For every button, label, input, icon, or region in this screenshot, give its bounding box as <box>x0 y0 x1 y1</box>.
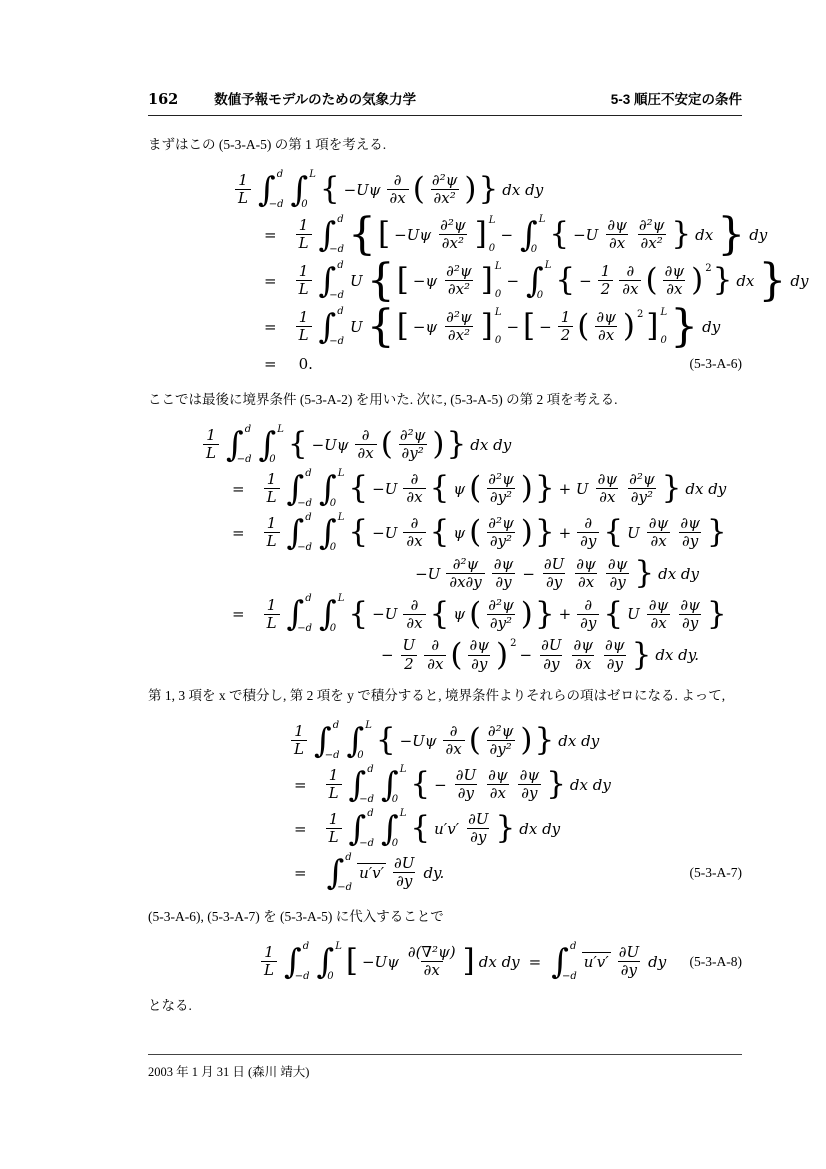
delimiter: } <box>634 558 654 589</box>
math-text: −Uψ <box>312 436 349 454</box>
fraction: ∂∂x <box>443 723 465 759</box>
delimiter: { <box>410 813 430 844</box>
delimiter: } <box>546 769 566 800</box>
delimiter: ) <box>521 517 533 548</box>
fraction: ∂∂x <box>355 427 377 463</box>
integral-limits: d−d <box>366 808 374 850</box>
integral-limits: L0 <box>276 424 284 466</box>
integral-limits: d−d <box>332 720 340 762</box>
delimiter: [ <box>397 265 409 296</box>
math-text: ψ <box>453 605 465 623</box>
fraction: ∂ψ∂y <box>491 556 517 592</box>
delimiter: ) <box>623 311 635 342</box>
denominator: ∂x <box>443 740 465 758</box>
numerator: ∂ψ <box>605 556 631 573</box>
integral: ∫d−d <box>319 306 345 348</box>
delimiter: { <box>348 213 376 257</box>
denominator: ∂x <box>387 189 409 207</box>
integral-limits: d−d <box>304 593 312 635</box>
delimiter: } <box>671 219 691 250</box>
fraction: ∂²ψ∂y² <box>485 515 517 551</box>
integral-limits: L0 <box>337 512 345 554</box>
upper-limit: d <box>337 307 344 317</box>
numerator: ∂U <box>391 855 417 872</box>
fraction: 1L <box>296 309 312 345</box>
delimiter: ) <box>464 174 476 205</box>
math-text: − <box>579 272 592 290</box>
math-text: − <box>539 318 552 336</box>
delimiter: ) <box>520 725 532 756</box>
denominator: ∂y² <box>399 444 427 462</box>
fraction: ∂²ψ∂x² <box>443 263 475 299</box>
delimiter: ( <box>413 174 425 205</box>
denominator: ∂x <box>424 655 446 673</box>
math-text: = <box>529 953 542 971</box>
paragraph-5: となる. <box>148 996 742 1017</box>
numerator: ∂²ψ <box>437 217 469 234</box>
lower-limit: −d <box>297 499 312 509</box>
delimiter: } <box>535 599 555 630</box>
integral-limits: L0 <box>337 468 345 510</box>
numerator: 1 <box>291 723 307 740</box>
numerator: 1 <box>261 944 277 961</box>
integral: ∫d−d <box>551 941 577 983</box>
fraction: ∂²ψ∂x∂y <box>446 556 484 592</box>
numerator: ∂ψ <box>491 556 517 573</box>
integral: ∫d−d <box>327 852 353 894</box>
fraction: ∂²ψ∂y² <box>397 427 429 463</box>
numerator: ∂²ψ <box>397 427 429 444</box>
denominator: L <box>235 189 251 207</box>
numerator: ∂ <box>408 515 422 532</box>
math-text: −Uψ <box>344 181 381 199</box>
lower-limit: −d <box>297 624 312 634</box>
denominator: L <box>291 740 307 758</box>
integral-limits: d−d <box>276 169 284 211</box>
math-text: − <box>381 646 394 664</box>
denominator: ∂x² <box>439 234 467 252</box>
equation-row: 1L∫d−d∫L0{−Uψ∂∂x(∂²ψ∂x²)}dx dy <box>232 169 742 211</box>
integral: ∫L0 <box>526 260 551 302</box>
integral: ∫d−d <box>287 512 313 554</box>
integral-limits: d−d <box>344 852 352 894</box>
integral-limits: d−d <box>302 941 310 983</box>
denominator: ∂x <box>647 614 669 632</box>
lower-limit: 0 <box>495 336 502 346</box>
numerator: ∂ψ <box>573 556 599 573</box>
fraction: ∂²ψ∂x² <box>636 217 668 253</box>
denominator: ∂x² <box>638 234 666 252</box>
delimiter: ( <box>469 725 481 756</box>
upper-limit: d <box>305 469 312 479</box>
fraction: 1L <box>203 427 219 463</box>
math-text: ψ <box>453 480 465 498</box>
equation-block-3: 1L∫d−d∫L0{−Uψ∂∂x(∂²ψ∂y²)}dx dy=1L∫d−d∫L0… <box>148 720 742 894</box>
math-text: −Uψ <box>394 226 431 244</box>
upper-limit: L <box>400 809 407 819</box>
lower-limit: 0 <box>392 839 407 849</box>
delimiter: ) <box>521 599 533 630</box>
equation-row: =1L∫d−d∫L0{−U∂∂x{ψ(∂²ψ∂y²)}+∂∂y{U∂ψ∂x∂ψ∂… <box>232 593 742 635</box>
fraction: ∂U∂y <box>453 767 479 803</box>
equals-sign: = <box>232 524 245 542</box>
denominator: L <box>296 280 312 298</box>
paragraph-1: まずはこの (5-3-A-5) の第 1 項を考える. <box>148 135 742 156</box>
integral: ∫L0 <box>319 468 344 510</box>
math-text: −U <box>372 480 397 498</box>
numerator: 1 <box>558 309 574 326</box>
fraction: ∂²ψ∂y² <box>485 471 517 507</box>
numerator: ∂U <box>465 811 491 828</box>
numerator: 1 <box>326 811 342 828</box>
denominator: 2 <box>401 655 417 673</box>
math-text: −U <box>415 565 440 583</box>
delimiter: [ <box>346 946 358 977</box>
upper-limit: L <box>495 308 502 318</box>
equation-block-1: 1L∫d−d∫L0{−Uψ∂∂x(∂²ψ∂x²)}dx dy=1L∫d−d{[−… <box>148 169 742 377</box>
denominator: ∂y² <box>487 488 515 506</box>
math-text: U <box>350 318 363 336</box>
denominator: ∂x <box>572 655 594 673</box>
denominator: ∂x <box>595 326 617 344</box>
integral-limits: L0 <box>364 720 372 762</box>
fraction: ∂ψ∂x <box>593 309 619 345</box>
denominator: ∂x <box>403 614 425 632</box>
lower-limit: −d <box>297 543 312 553</box>
integral: ∫L0 <box>316 941 341 983</box>
document-page: 162 数値予報モデルのための気象力学 5-3 順圧不安定の条件 まずはこの (… <box>0 0 826 1169</box>
numerator: 1 <box>264 471 280 488</box>
fraction: ∂ψ∂x <box>485 767 511 803</box>
equation-row: −U∂²ψ∂x∂y∂ψ∂y−∂U∂y∂ψ∂x∂ψ∂y}dx dy <box>148 556 702 592</box>
evaluation-bracket: ]L0 <box>480 307 502 347</box>
numerator: ∂ψ <box>595 471 621 488</box>
math-text: − <box>506 318 519 336</box>
fraction: ∂ψ∂y <box>467 637 493 673</box>
fraction: 1L <box>235 172 251 208</box>
upper-limit: L <box>539 215 546 225</box>
fraction: ∂∂x <box>619 263 641 299</box>
equation-row: =1L∫d−d∫L0{u′v′∂U∂y}dx dy <box>294 808 742 850</box>
delimiter: ] <box>481 265 493 296</box>
numerator: ∂²ψ <box>429 172 461 189</box>
integral: ∫L0 <box>381 764 406 806</box>
evaluation-bracket: ]L0 <box>474 215 496 255</box>
paragraph-4: (5-3-A-6), (5-3-A-7) を (5-3-A-5) に代入すること… <box>148 907 742 928</box>
integral-limits: d−d <box>336 306 344 348</box>
delimiter: } <box>707 517 727 548</box>
denominator: ∂x <box>403 532 425 550</box>
upper-limit: L <box>277 425 284 435</box>
math-text: −U <box>372 524 397 542</box>
math-text: u′v′ <box>434 820 459 838</box>
fraction: ∂∂y <box>577 515 599 551</box>
denominator: L <box>264 488 280 506</box>
upper-limit: d <box>333 721 340 731</box>
denominator: ∂x∂y <box>446 573 484 591</box>
delimiter: ) <box>496 640 508 671</box>
equals-sign: = <box>294 864 307 882</box>
math-text: −ψ <box>413 272 437 290</box>
lower-limit: 0 <box>330 624 345 634</box>
integral-limits: L0 <box>334 941 342 983</box>
numerator: ∂ <box>359 427 373 444</box>
numerator: ∂ψ <box>677 515 703 532</box>
numerator: ∂ψ <box>662 263 688 280</box>
delimiter: { <box>430 473 450 504</box>
upper-limit: d <box>303 942 310 952</box>
fraction: ∂²ψ∂y² <box>626 471 658 507</box>
denominator: ∂y² <box>487 532 515 550</box>
upper-limit: L <box>309 170 316 180</box>
denominator: L <box>261 961 277 979</box>
math-text: dx dy <box>558 732 599 750</box>
delimiter: } <box>479 174 499 205</box>
upper-limit: L <box>365 721 372 731</box>
upper-limit: d <box>570 942 577 952</box>
integral: ∫d−d <box>226 424 252 466</box>
delimiter: { <box>410 769 430 800</box>
numerator: 1 <box>264 515 280 532</box>
numerator: 1 <box>296 217 312 234</box>
delimiter: { <box>603 599 623 630</box>
denominator: ∂x <box>421 961 443 979</box>
math-text: U <box>627 605 640 623</box>
fraction: ∂U∂y <box>391 855 417 891</box>
numerator: U <box>400 637 419 654</box>
equals-sign: = <box>294 776 307 794</box>
superscript: 2 <box>637 309 643 320</box>
denominator: ∂y <box>518 784 540 802</box>
equation-number: (5-3-A-8) <box>690 954 742 970</box>
denominator: ∂x² <box>431 189 459 207</box>
lower-limit: 0 <box>357 751 372 761</box>
superscript: 2 <box>705 263 711 274</box>
fraction: ∂²ψ∂x² <box>443 309 475 345</box>
delimiter: } <box>632 640 652 671</box>
page-footer: 2003 年 1 月 31 日 (森川 靖大) <box>148 1054 742 1080</box>
integral-limits: d−d <box>304 512 312 554</box>
header-section-title: 5-3 順圧不安定の条件 <box>611 88 742 108</box>
delimiter: } <box>662 473 682 504</box>
math-text: ψ <box>453 524 465 542</box>
fraction: 1L <box>264 597 280 633</box>
page-header: 162 数値予報モデルのための気象力学 5-3 順圧不安定の条件 <box>148 88 742 116</box>
fraction: ∂∂x <box>403 515 425 551</box>
delimiter: ( <box>381 429 393 460</box>
delimiter: ] <box>646 311 658 342</box>
denominator: ∂y <box>492 573 514 591</box>
equation-row: =1L∫d−dU{[−ψ∂²ψ∂x²]L0−[−12(∂ψ∂x)2]L0}dy <box>264 305 742 349</box>
denominator: ∂y <box>540 655 562 673</box>
numerator: 1 <box>598 263 614 280</box>
upper-limit: L <box>661 308 668 318</box>
delimiter: ( <box>469 473 481 504</box>
fraction: ∂U∂y <box>465 811 491 847</box>
equation-row: −U2∂∂x(∂ψ∂y)2−∂U∂y∂ψ∂x∂ψ∂y}dx dy. <box>148 637 702 673</box>
bracket-limits: L0 <box>661 307 668 347</box>
denominator: ∂x² <box>445 326 473 344</box>
footer-date: 2003 年 1 月 31 日 (森川 靖大) <box>148 1065 309 1079</box>
equation-row: =1L∫d−dU{[−ψ∂²ψ∂x²]L0−∫L0{−12∂∂x(∂ψ∂x)2}… <box>264 259 742 303</box>
lower-limit: −d <box>359 795 374 805</box>
bracket-limits: L0 <box>495 261 502 301</box>
numerator: ∂ψ <box>602 637 628 654</box>
delimiter: ] <box>481 311 493 342</box>
equation-number: (5-3-A-6) <box>690 356 742 372</box>
lower-limit: 0 <box>327 972 342 982</box>
math-text: dx dy <box>658 565 699 583</box>
denominator: ∂y² <box>487 614 515 632</box>
denominator: L <box>326 828 342 846</box>
fraction: ∂ψ∂x <box>573 556 599 592</box>
upper-limit: d <box>305 513 312 523</box>
delimiter: } <box>496 813 516 844</box>
equals-sign: = <box>294 820 307 838</box>
denominator: 2 <box>598 280 614 298</box>
denominator: ∂y <box>679 532 701 550</box>
numerator: ∂U <box>538 637 564 654</box>
numerator: ∂²ψ <box>626 471 658 488</box>
integral: ∫d−d <box>314 720 340 762</box>
fraction: ∂∂y <box>577 597 599 633</box>
denominator: ∂x <box>487 784 509 802</box>
delimiter: } <box>535 725 555 756</box>
equation-row: =1L∫d−d∫L0{−U∂∂x{ψ(∂²ψ∂y²)}+ U∂ψ∂x∂²ψ∂y²… <box>232 468 742 510</box>
denominator: ∂y <box>606 573 628 591</box>
numerator: ∂ <box>408 597 422 614</box>
integral-limits: L0 <box>308 169 316 211</box>
delimiter: { <box>376 725 396 756</box>
integral-limits: L0 <box>538 214 546 256</box>
integral: ∫d−d <box>319 260 345 302</box>
integral: ∫d−d <box>319 214 345 256</box>
numerator: ∂ <box>581 597 595 614</box>
numerator: ∂²ψ <box>450 556 482 573</box>
header-book-title: 数値予報モデルのための気象力学 <box>214 88 416 108</box>
delimiter: [ <box>523 311 535 342</box>
fraction: ∂²ψ∂y² <box>485 597 517 633</box>
math-text: dx <box>695 226 713 244</box>
equals-sign: = <box>232 480 245 498</box>
fraction: ∂²ψ∂x² <box>437 217 469 253</box>
denominator: ∂y <box>393 872 415 890</box>
numerator: ∂ψ <box>467 637 493 654</box>
math-text: dx dy <box>470 436 511 454</box>
math-text: U <box>350 272 363 290</box>
numerator: ∂ψ <box>593 309 619 326</box>
integral: ∫d−d <box>287 468 313 510</box>
paragraph-2: ここでは最後に境界条件 (5-3-A-2) を用いた. 次に, (5-3-A-5… <box>148 390 742 411</box>
numerator: ∂U <box>541 556 567 573</box>
denominator: ∂y² <box>487 740 515 758</box>
denominator: L <box>326 784 342 802</box>
numerator: 1 <box>264 597 280 614</box>
numerator: 1 <box>326 767 342 784</box>
delimiter: } <box>447 429 467 460</box>
integral-limits: d−d <box>304 468 312 510</box>
numerator: ∂U <box>453 767 479 784</box>
fraction: 1L <box>296 263 312 299</box>
fraction: ∂ψ∂x <box>595 471 621 507</box>
fraction: ∂ψ∂x <box>571 637 597 673</box>
denominator: L <box>264 532 280 550</box>
evaluation-bracket: ]L0 <box>645 307 667 347</box>
numerator: ∂U <box>616 944 642 961</box>
numerator: 1 <box>296 309 312 326</box>
fraction: ∂U∂y <box>541 556 567 592</box>
integral: ∫d−d <box>284 941 310 983</box>
delimiter: ) <box>521 473 533 504</box>
lower-limit: 0 <box>330 543 345 553</box>
integral: ∫L0 <box>520 214 545 256</box>
fraction: ∂ψ∂y <box>677 597 703 633</box>
lower-limit: −d <box>359 839 374 849</box>
integral-limits: L0 <box>544 260 552 302</box>
fraction: ∂ψ∂y <box>517 767 543 803</box>
math-text: 0. <box>299 355 313 373</box>
upper-limit: d <box>337 215 344 225</box>
math-text: dy <box>790 272 808 290</box>
numerator: ∂ <box>408 471 422 488</box>
integral-limits: L0 <box>337 593 345 635</box>
lower-limit: −d <box>295 972 310 982</box>
fraction: ∂ψ∂x <box>646 515 672 551</box>
numerator: ∂²ψ <box>485 471 517 488</box>
math-text: dy <box>702 318 720 336</box>
delimiter: } <box>670 305 698 349</box>
numerator: ∂²ψ <box>443 263 475 280</box>
denominator: ∂y <box>604 655 626 673</box>
denominator: ∂x <box>355 444 377 462</box>
equals-sign: = <box>264 226 277 244</box>
numerator: ∂ψ <box>604 217 630 234</box>
delimiter: ] <box>475 219 487 250</box>
numerator: ∂²ψ <box>485 515 517 532</box>
fraction: ∂∂x <box>403 471 425 507</box>
math-text: dx dy. <box>655 646 699 664</box>
fraction: ∂U∂y <box>538 637 564 673</box>
math-text: + <box>559 524 572 542</box>
delimiter: { <box>348 517 368 548</box>
fraction: 1L <box>264 515 280 551</box>
equation-row: 1L∫d−d∫L0{−Uψ∂∂x(∂²ψ∂y²)}dx dy <box>200 424 742 466</box>
denominator: ∂x <box>596 488 618 506</box>
denominator: ∂x² <box>445 280 473 298</box>
math-text: − <box>522 565 535 583</box>
denominator: L <box>203 444 219 462</box>
lower-limit: 0 <box>531 245 546 255</box>
delimiter: } <box>535 473 555 504</box>
integral: ∫L0 <box>290 169 315 211</box>
upper-limit: L <box>495 262 502 272</box>
numerator: ∂ψ <box>646 515 672 532</box>
superscript: 2 <box>510 638 516 649</box>
fraction: 1L <box>261 944 277 980</box>
denominator: L <box>296 234 312 252</box>
math-text: dx <box>736 272 754 290</box>
numerator: ∂ψ <box>646 597 672 614</box>
denominator: ∂y <box>618 961 640 979</box>
equation-row: =1L∫d−d∫L0{−∂U∂y∂ψ∂x∂ψ∂y}dx dy <box>294 764 742 806</box>
denominator: ∂x <box>619 280 641 298</box>
fraction: ∂ψ∂x <box>604 217 630 253</box>
math-text: −ψ <box>413 318 437 336</box>
fraction: 12 <box>598 263 614 299</box>
numerator: ∂²ψ <box>443 309 475 326</box>
math-text: dy. <box>423 864 444 882</box>
bracket-limits: L0 <box>495 307 502 347</box>
